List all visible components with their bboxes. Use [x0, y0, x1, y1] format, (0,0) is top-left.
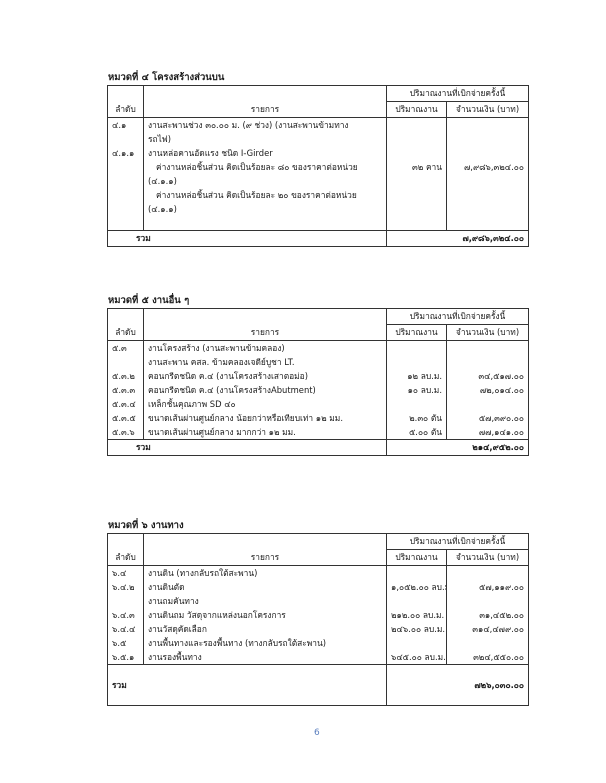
row-description: รถไฟ)	[144, 132, 387, 146]
row-description: คอนกรีตชนิด ค.๔ (งานโครงสร้างAbutment)	[144, 383, 387, 397]
row-quantity: ๒๑๒.๐๐ ลบ.ม.	[387, 608, 447, 622]
row-number: ๔.๑.๑	[108, 146, 144, 160]
row-quantity: ๒๔๖.๐๐ ลบ.ม.	[387, 622, 447, 636]
table-row: ๖.๕งานพื้นทางและรองพื้นทาง (ทางกลับรถใต้…	[108, 636, 529, 650]
row-number: ๖.๔.๔	[108, 622, 144, 636]
total-amount: ๗๒๖,๐๓๐.๐๐	[387, 665, 529, 706]
row-description: งานโครงสร้าง (งานสะพานข้ามคลอง)	[144, 341, 387, 356]
row-quantity	[387, 146, 447, 160]
table-row: ๕.๓.๔เหล็กชั้นคุณภาพ SD ๔๐	[108, 397, 529, 411]
row-description: งานสะพาน คสล. ข้ามคลองเจดีย์บูชา LT.	[144, 355, 387, 369]
table-row: ๕.๓.๒คอนกรีตชนิด ค.๔ (งานโครงสร้างเสาตอม…	[108, 369, 529, 383]
row-description: งานถมคันทาง	[144, 594, 387, 608]
table-row: ๖.๔.๒งานดินตัด๑,๐๕๒.๐๐ ลบ.ม.๕๗,๑๑๙.๐๐	[108, 580, 529, 594]
table-row: ๔.๑งานสะพานช่วง ๓๐.๐๐ ม. (๙ ช่วง) (งานสะ…	[108, 118, 529, 133]
row-amount	[447, 355, 529, 369]
row-amount	[447, 118, 529, 133]
table-row: ๖.๔งานดิน (ทางกลับรถใต้สะพาน)	[108, 566, 529, 581]
section-title-6: หมวดที่ ๖ งานทาง	[108, 518, 184, 533]
row-description: งานพื้นทางและรองพื้นทาง (ทางกลับรถใต้สะพ…	[144, 636, 387, 650]
row-number: ๖.๕.๑	[108, 650, 144, 665]
header-item: รายการ	[144, 309, 387, 341]
row-quantity	[387, 118, 447, 133]
row-description: งานหล่อคานอัดแรง ชนิด I-Girder	[144, 146, 387, 160]
table-row: ๕.๓งานโครงสร้าง (งานสะพานข้ามคลอง)	[108, 341, 529, 356]
table-row: ๖.๔.๓งานดินถม วัสดุจากแหล่งนอกโครงการ๒๑๒…	[108, 608, 529, 622]
row-number	[108, 160, 144, 174]
row-description: งานสะพานช่วง ๓๐.๐๐ ม. (๙ ช่วง) (งานสะพาน…	[144, 118, 387, 133]
table-row: (๔.๑.๑)	[108, 174, 529, 188]
row-quantity	[387, 174, 447, 188]
row-description	[144, 216, 387, 231]
row-description: (๔.๑.๑)	[144, 174, 387, 188]
section-title-4: หมวดที่ ๔ โครงสร้างส่วนบน	[108, 70, 224, 85]
row-number	[108, 594, 144, 608]
boq-table-section-4: ลำดับรายการปริมาณงานที่เบิกจ่ายครั้งนี้ป…	[107, 85, 529, 247]
page-number: 6	[314, 728, 320, 738]
table-row: รถไฟ)	[108, 132, 529, 146]
row-description: ค่างานหล่อชิ้นส่วน คิดเป็นร้อยละ ๘๐ ของร…	[144, 160, 387, 174]
row-amount: ๓๒๔,๕๕๐.๐๐	[447, 650, 529, 665]
header-quantity: ปริมาณงาน	[387, 550, 447, 566]
table-row: ๔.๑.๑งานหล่อคานอัดแรง ชนิด I-Girder	[108, 146, 529, 160]
row-quantity: ๑,๐๕๒.๐๐ ลบ.ม.	[387, 580, 447, 594]
table-row	[108, 216, 529, 231]
header-quantity: ปริมาณงาน	[387, 102, 447, 118]
row-quantity: ๒.๓๐ ตัน	[387, 411, 447, 425]
row-amount	[447, 341, 529, 356]
total-row: รวม๒๑๔,๙๕๒.๐๐	[108, 440, 529, 456]
header-no: ลำดับ	[108, 86, 144, 118]
row-quantity	[387, 397, 447, 411]
header-quantity: ปริมาณงาน	[387, 325, 447, 341]
row-quantity: ๑๐ ลบ.ม.	[387, 383, 447, 397]
row-amount: ๓๔,๕๑๗.๐๐	[447, 369, 529, 383]
row-amount	[447, 636, 529, 650]
row-number: ๕.๓.๒	[108, 369, 144, 383]
row-amount	[447, 397, 529, 411]
row-amount	[447, 188, 529, 202]
row-number: ๖.๔.๓	[108, 608, 144, 622]
row-quantity	[387, 566, 447, 581]
row-number: ๖.๕	[108, 636, 144, 650]
row-number	[108, 188, 144, 202]
row-number: ๕.๓	[108, 341, 144, 356]
row-quantity: ๖๔๕.๐๐ ลบ.ม.	[387, 650, 447, 665]
row-amount: ๗,๙๘๖,๓๒๔.๐๐	[447, 160, 529, 174]
row-description: งานดินตัด	[144, 580, 387, 594]
row-quantity	[387, 636, 447, 650]
row-description: ขนาดเส้นผ่านศูนย์กลาง น้อยกว่าหรือเทียบเ…	[144, 411, 387, 425]
row-amount	[447, 202, 529, 216]
table-row: ค่างานหล่อชิ้นส่วน คิดเป็นร้อยละ ๒๐ ของร…	[108, 188, 529, 202]
row-description: งานวัสดุคัดเลือก	[144, 622, 387, 636]
row-description: คอนกรีตชนิด ค.๔ (งานโครงสร้างเสาตอม่อ)	[144, 369, 387, 383]
header-no: ลำดับ	[108, 534, 144, 566]
row-quantity	[387, 202, 447, 216]
table-row: ๖.๔.๔งานวัสดุคัดเลือก๒๔๖.๐๐ ลบ.ม.๓๑๔,๔๗๙…	[108, 622, 529, 636]
row-description: งานรองพื้นทาง	[144, 650, 387, 665]
total-amount: ๒๑๔,๙๕๒.๐๐	[387, 440, 529, 456]
table-row: ค่างานหล่อชิ้นส่วน คิดเป็นร้อยละ ๘๐ ของร…	[108, 160, 529, 174]
table-row: ๕.๓.๓คอนกรีตชนิด ค.๔ (งานโครงสร้างAbutme…	[108, 383, 529, 397]
row-amount	[447, 146, 529, 160]
row-number	[108, 174, 144, 188]
row-quantity	[387, 132, 447, 146]
header-disbursement-group: ปริมาณงานที่เบิกจ่ายครั้งนี้	[387, 534, 529, 550]
row-number: ๖.๔.๒	[108, 580, 144, 594]
total-amount: ๗,๙๘๖,๓๒๔.๐๐	[387, 231, 529, 247]
header-item: รายการ	[144, 86, 387, 118]
row-number: ๖.๔	[108, 566, 144, 581]
table-row: ๕.๓.๕ขนาดเส้นผ่านศูนย์กลาง น้อยกว่าหรือเ…	[108, 411, 529, 425]
row-number	[108, 355, 144, 369]
boq-table-section-5: ลำดับรายการปริมาณงานที่เบิกจ่ายครั้งนี้ป…	[107, 308, 529, 456]
total-row: รวม๗,๙๘๖,๓๒๔.๐๐	[108, 231, 529, 247]
row-quantity	[387, 355, 447, 369]
row-amount	[447, 132, 529, 146]
row-amount	[447, 594, 529, 608]
table-row: งานสะพาน คสล. ข้ามคลองเจดีย์บูชา LT.	[108, 355, 529, 369]
row-number	[108, 202, 144, 216]
boq-table-section-6: ลำดับรายการปริมาณงานที่เบิกจ่ายครั้งนี้ป…	[107, 533, 529, 706]
row-description: ขนาดเส้นผ่านศูนย์กลาง มากกว่า ๑๒ มม.	[144, 425, 387, 440]
row-number: ๔.๑	[108, 118, 144, 133]
row-amount: ๕๗,๓๙๐.๐๐	[447, 411, 529, 425]
total-label: รวม	[108, 665, 387, 706]
row-amount: ๓๑๔,๔๗๙.๐๐	[447, 622, 529, 636]
header-amount: จำนวนเงิน (บาท)	[447, 102, 529, 118]
row-amount	[447, 566, 529, 581]
row-quantity: ๕.๐๐ ตัน	[387, 425, 447, 440]
header-disbursement-group: ปริมาณงานที่เบิกจ่ายครั้งนี้	[387, 86, 529, 102]
row-amount	[447, 174, 529, 188]
row-amount: ๕๗,๑๑๙.๐๐	[447, 580, 529, 594]
row-number: ๕.๓.๓	[108, 383, 144, 397]
table-row: งานถมคันทาง	[108, 594, 529, 608]
row-quantity	[387, 594, 447, 608]
row-description: งานดินถม วัสดุจากแหล่งนอกโครงการ	[144, 608, 387, 622]
row-quantity	[387, 341, 447, 356]
row-number: ๕.๓.๔	[108, 397, 144, 411]
row-number	[108, 216, 144, 231]
header-disbursement-group: ปริมาณงานที่เบิกจ่ายครั้งนี้	[387, 309, 529, 325]
total-label: รวม	[108, 440, 387, 456]
row-quantity	[387, 188, 447, 202]
header-amount: จำนวนเงิน (บาท)	[447, 550, 529, 566]
row-amount	[447, 216, 529, 231]
row-description: งานดิน (ทางกลับรถใต้สะพาน)	[144, 566, 387, 581]
row-quantity	[387, 216, 447, 231]
header-no: ลำดับ	[108, 309, 144, 341]
table-row: ๕.๓.๖ขนาดเส้นผ่านศูนย์กลาง มากกว่า ๑๒ มม…	[108, 425, 529, 440]
header-amount: จำนวนเงิน (บาท)	[447, 325, 529, 341]
section-title-5: หมวดที่ ๕ งานอื่น ๆ	[108, 293, 189, 308]
header-item: รายการ	[144, 534, 387, 566]
row-amount: ๗๒,๐๑๔.๐๐	[447, 383, 529, 397]
row-description: (๔.๑.๑)	[144, 202, 387, 216]
row-amount: ๓๑,๔๕๒.๐๐	[447, 608, 529, 622]
row-number: ๕.๓.๖	[108, 425, 144, 440]
row-quantity: ๑๒ ลบ.ม.	[387, 369, 447, 383]
row-description: เหล็กชั้นคุณภาพ SD ๔๐	[144, 397, 387, 411]
row-number: ๕.๓.๕	[108, 411, 144, 425]
row-amount: ๗๗,๑๔๑.๐๐	[447, 425, 529, 440]
table-row: (๔.๑.๑)	[108, 202, 529, 216]
total-label: รวม	[108, 231, 387, 247]
row-quantity: ๓๒ คาน	[387, 160, 447, 174]
total-row: รวม๗๒๖,๐๓๐.๐๐	[108, 665, 529, 706]
row-description: ค่างานหล่อชิ้นส่วน คิดเป็นร้อยละ ๒๐ ของร…	[144, 188, 387, 202]
row-number	[108, 132, 144, 146]
table-row: ๖.๕.๑งานรองพื้นทาง๖๔๕.๐๐ ลบ.ม.๓๒๔,๕๕๐.๐๐	[108, 650, 529, 665]
